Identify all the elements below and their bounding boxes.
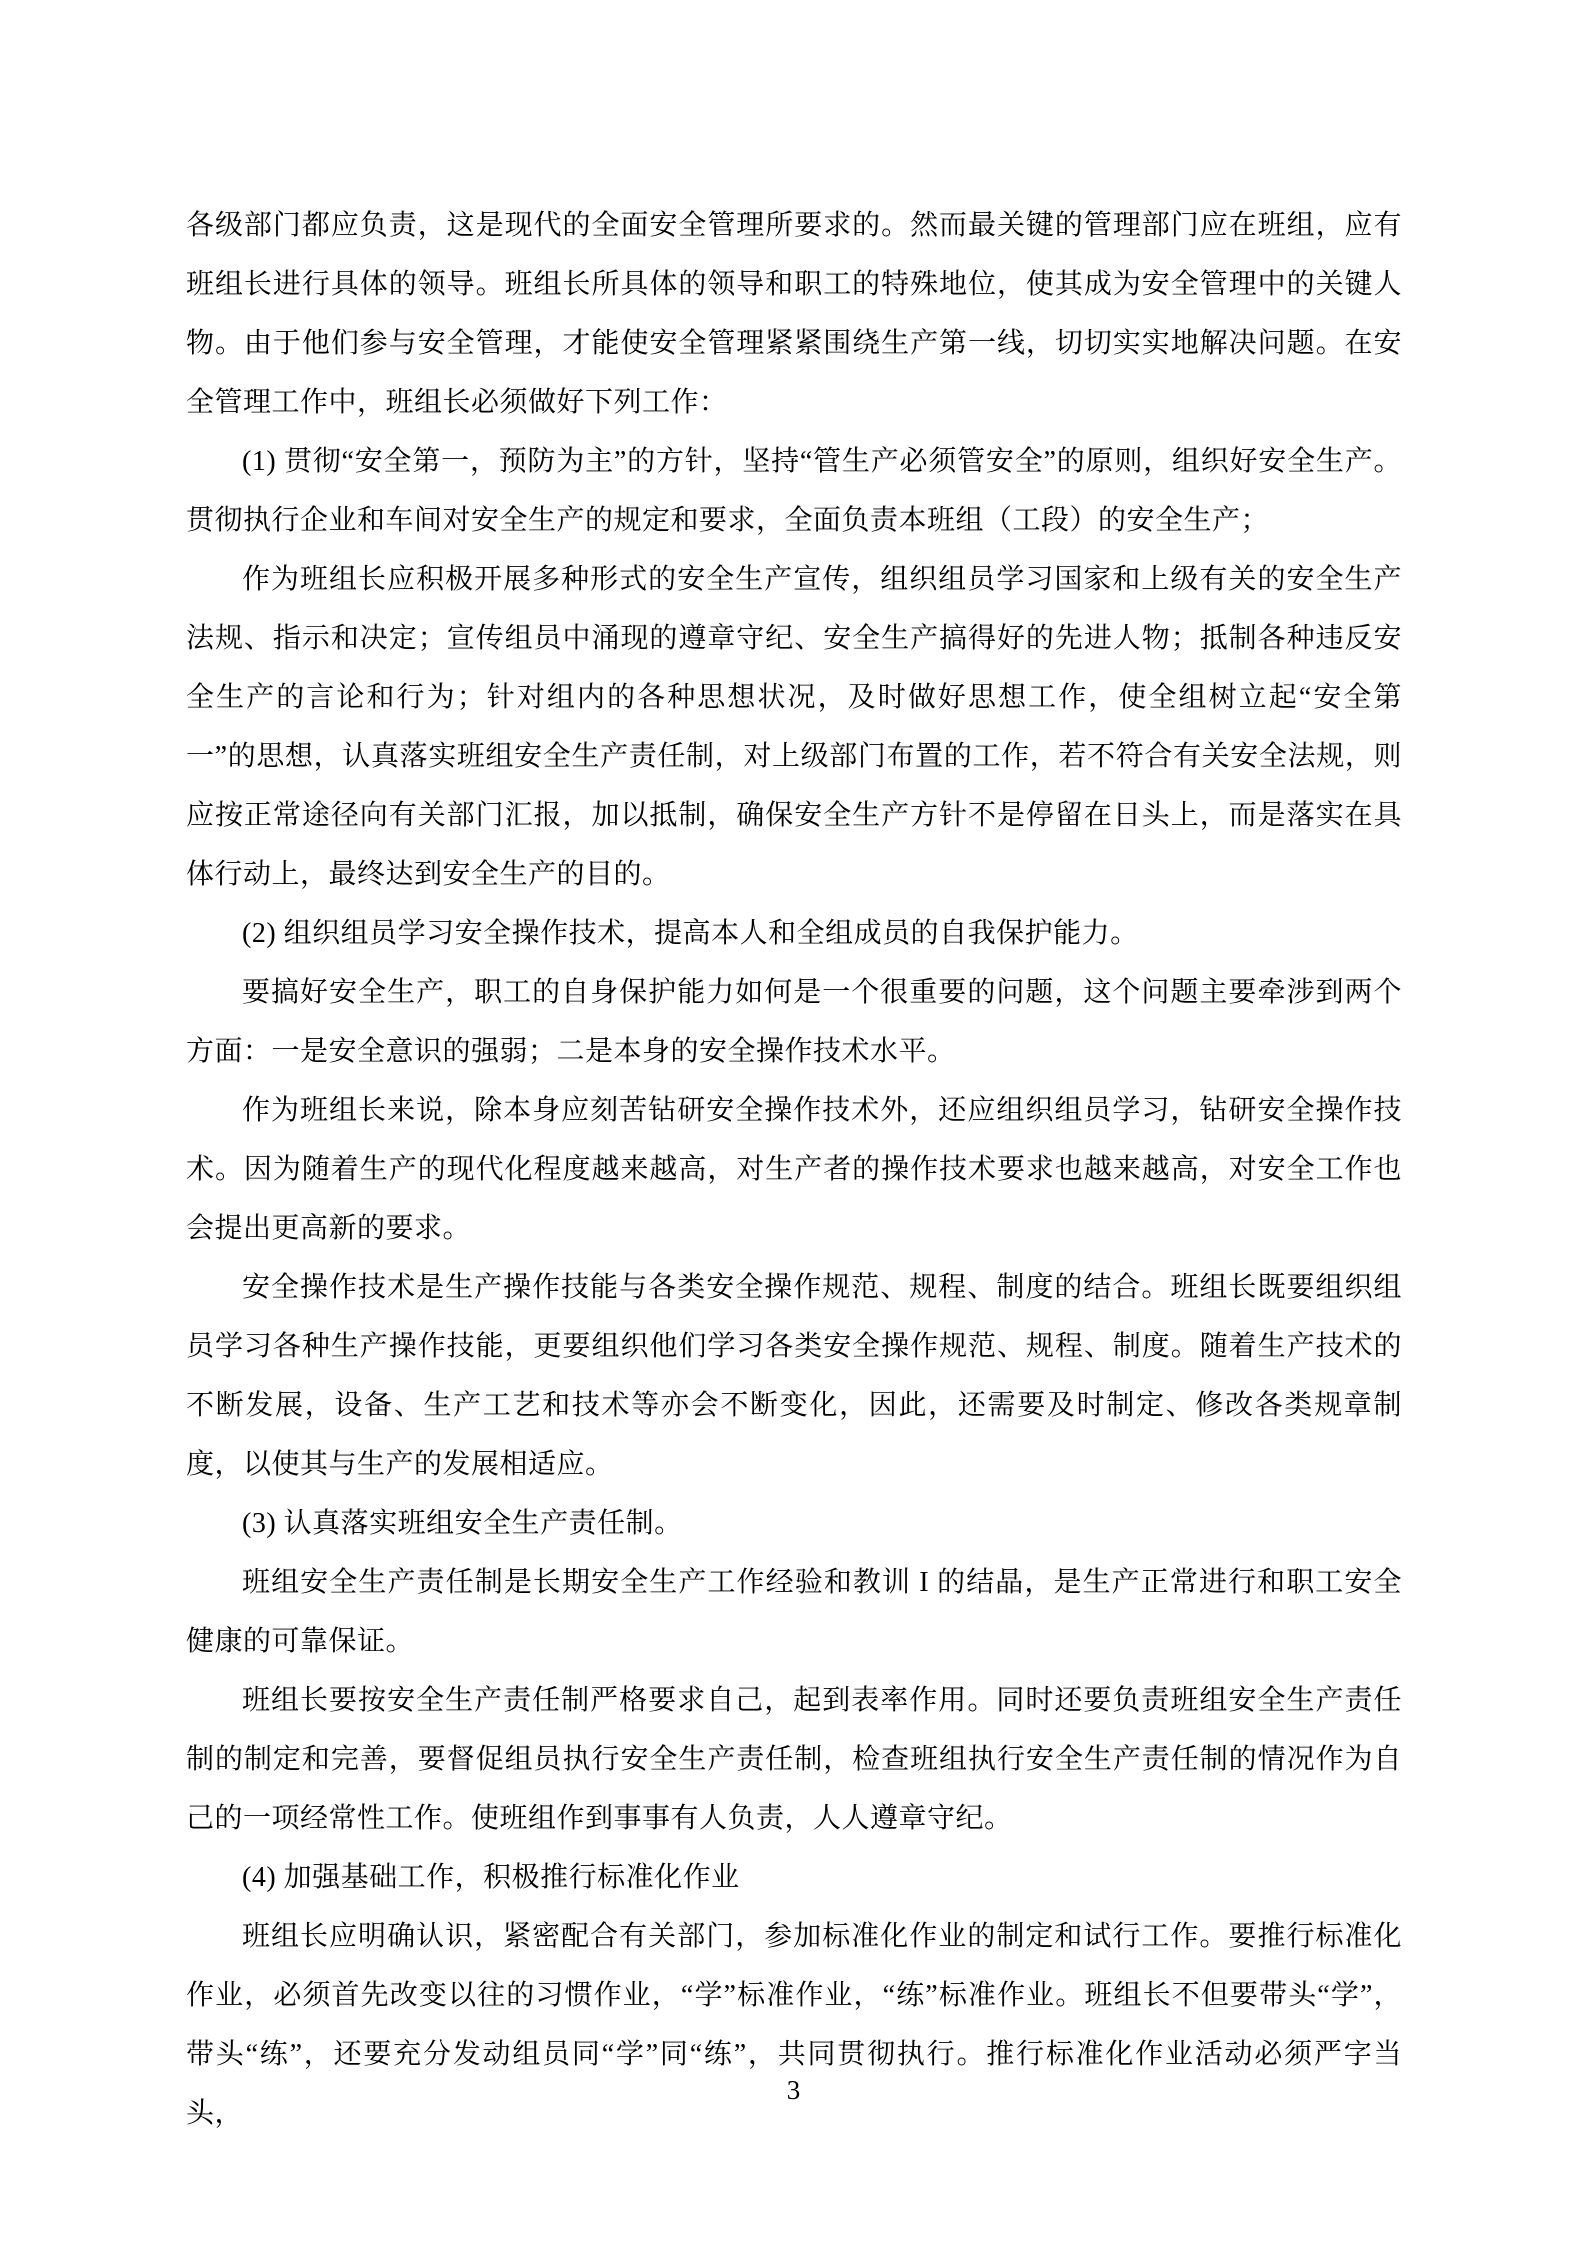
- paragraph: (2) 组织组员学习安全操作技术，提高本人和全组成员的自我保护能力。: [186, 904, 1402, 963]
- paragraph: 要搞好安全生产，职工的自身保护能力如何是一个很重要的问题，这个问题主要牵涉到两个…: [186, 963, 1402, 1081]
- page-footer: 3: [0, 2070, 1587, 2110]
- document-page: 各级部门都应负责，这是现代的全面安全管理所要求的。然而最关键的管理部门应在班组，…: [0, 0, 1587, 2245]
- paragraph: (3) 认真落实班组安全生产责任制。: [186, 1494, 1402, 1553]
- paragraph: 安全操作技术是生产操作技能与各类安全操作规范、规程、制度的结合。班组长既要组织组…: [186, 1258, 1402, 1494]
- paragraph: 作为班组长应积极开展多种形式的安全生产宣传，组织组员学习国家和上级有关的安全生产…: [186, 550, 1402, 904]
- paragraph: 班组安全生产责任制是长期安全生产工作经验和教训 I 的结晶，是生产正常进行和职工…: [186, 1553, 1402, 1671]
- page-number: 3: [787, 2075, 801, 2105]
- paragraph: (1) 贯彻“安全第一，预防为主”的方针，坚持“管生产必须管安全”的原则，组织好…: [186, 432, 1402, 550]
- paragraph: 作为班组长来说，除本身应刻苦钻研安全操作技术外，还应组织组员学习，钻研安全操作技…: [186, 1081, 1402, 1258]
- paragraph: (4) 加强基础工作，积极推行标准化作业: [186, 1848, 1402, 1907]
- paragraph: 各级部门都应负责，这是现代的全面安全管理所要求的。然而最关键的管理部门应在班组，…: [186, 196, 1402, 432]
- document-body: 各级部门都应负责，这是现代的全面安全管理所要求的。然而最关键的管理部门应在班组，…: [186, 196, 1402, 2143]
- paragraph: 班组长要按安全生产责任制严格要求自己，起到表率作用。同时还要负责班组安全生产责任…: [186, 1671, 1402, 1848]
